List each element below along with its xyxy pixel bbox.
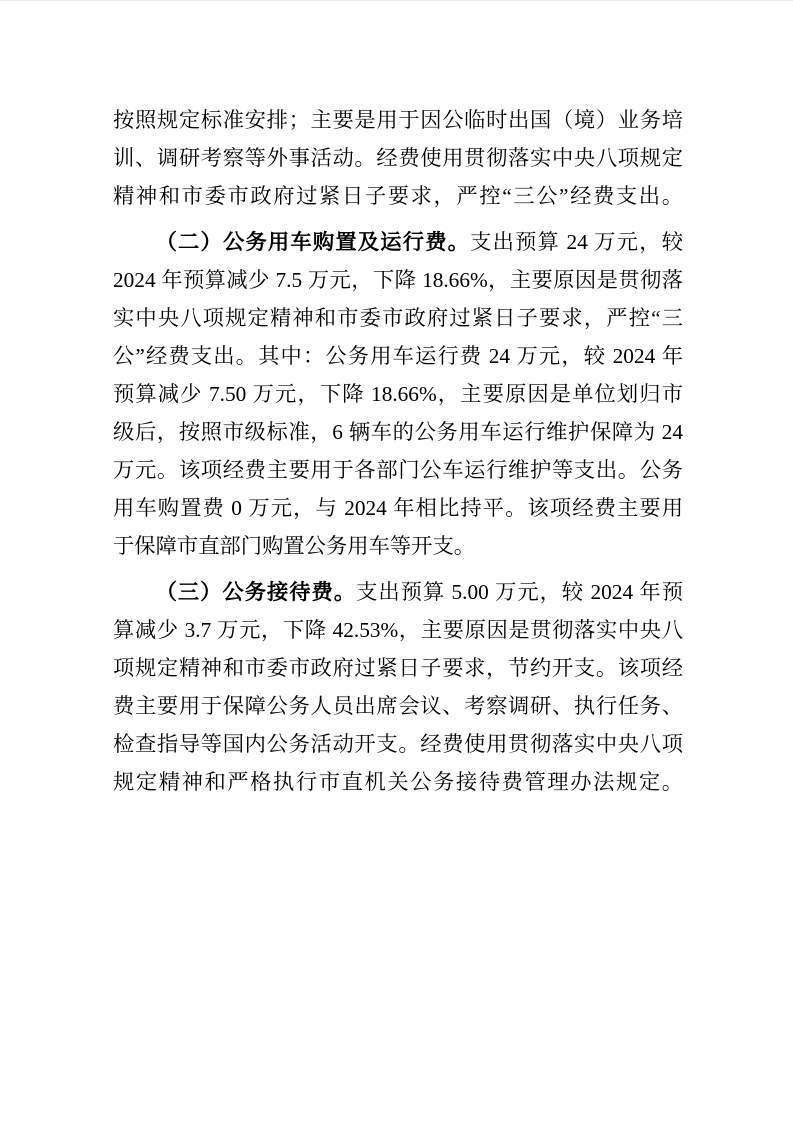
text-line: 万元。该项经费主要用于各部门公车运行维护等支出。公务 bbox=[113, 451, 683, 489]
section-heading: （三）公务接待费。 bbox=[156, 580, 357, 604]
line-text: 万元。该项经费主要用于各部门公车运行维护等支出。公务 bbox=[113, 458, 683, 482]
line-text: 预算减少 7.50 万元，下降 18.66%，主要原因是单位划归市 bbox=[113, 382, 683, 406]
text-line: 用车购置费 0 万元，与 2024 年相比持平。该项经费主要用 bbox=[113, 489, 683, 527]
line-text: 级后，按照市级标准，6 辆车的公务用车运行维护保障为 24 bbox=[113, 420, 683, 444]
paragraph: （二）公务用车购置及运行费。支出预算 24 万元，较2024 年预算减少 7.5… bbox=[113, 223, 683, 565]
text-line: 算减少 3.7 万元，下降 42.53%，主要原因是贯彻落实中央八 bbox=[113, 611, 683, 649]
text-line: 规定精神和严格执行市直机关公务接待费管理办法规定。 bbox=[113, 763, 683, 801]
text-line: 公”经费支出。其中：公务用车运行费 24 万元，较 2024 年 bbox=[113, 337, 683, 375]
line-text: 算减少 3.7 万元，下降 42.53%，主要原因是贯彻落实中央八 bbox=[113, 618, 683, 642]
line-text: 2024 年预算减少 7.5 万元，下降 18.66%，主要原因是贯彻落 bbox=[113, 268, 683, 292]
section-heading: （二）公务用车购置及运行费。 bbox=[156, 230, 471, 254]
text-line: 实中央八项规定精神和市委市政府过紧日子要求，严控“三 bbox=[113, 299, 683, 337]
line-text: 于保障市直部门购置公务用车等开支。 bbox=[113, 534, 475, 558]
text-line: （二）公务用车购置及运行费。支出预算 24 万元，较 bbox=[113, 223, 683, 261]
text-line: 费主要用于保障公务人员出席会议、考察调研、执行任务、 bbox=[113, 687, 683, 725]
text-line: 精神和市委市政府过紧日子要求，严控“三公”经费支出。 bbox=[113, 177, 683, 215]
line-text: 支出预算 24 万元，较 bbox=[470, 230, 683, 254]
line-text: 检查指导等国内公务活动开支。经费使用贯彻落实中央八项 bbox=[113, 732, 683, 756]
line-text: 规定精神和严格执行市直机关公务接待费管理办法规定。 bbox=[113, 770, 683, 794]
text-line: 级后，按照市级标准，6 辆车的公务用车运行维护保障为 24 bbox=[113, 413, 683, 451]
line-text: 精神和市委市政府过紧日子要求，严控“三公”经费支出。 bbox=[113, 184, 683, 208]
line-text: 用车购置费 0 万元，与 2024 年相比持平。该项经费主要用 bbox=[113, 496, 683, 520]
line-text: 费主要用于保障公务人员出席会议、考察调研、执行任务、 bbox=[113, 694, 683, 718]
line-text: 实中央八项规定精神和市委市政府过紧日子要求，严控“三 bbox=[113, 306, 683, 330]
text-line: 2024 年预算减少 7.5 万元，下降 18.66%，主要原因是贯彻落 bbox=[113, 261, 683, 299]
paragraph: 按照规定标准安排；主要是用于因公临时出国（境）业务培训、调研考察等外事活动。经费… bbox=[113, 101, 683, 215]
line-text: 训、调研考察等外事活动。经费使用贯彻落实中央八项规定 bbox=[113, 146, 683, 170]
text-line: 按照规定标准安排；主要是用于因公临时出国（境）业务培 bbox=[113, 101, 683, 139]
text-line: 检查指导等国内公务活动开支。经费使用贯彻落实中央八项 bbox=[113, 725, 683, 763]
paragraph: （三）公务接待费。支出预算 5.00 万元，较 2024 年预算减少 3.7 万… bbox=[113, 573, 683, 801]
text-line: 预算减少 7.50 万元，下降 18.66%，主要原因是单位划归市 bbox=[113, 375, 683, 413]
line-text: 项规定精神和市委市政府过紧日子要求，节约开支。该项经 bbox=[113, 656, 683, 680]
line-text: 公”经费支出。其中：公务用车运行费 24 万元，较 2024 年 bbox=[113, 344, 683, 368]
document-page: 按照规定标准安排；主要是用于因公临时出国（境）业务培训、调研考察等外事活动。经费… bbox=[0, 1, 793, 1122]
line-text: 支出预算 5.00 万元，较 2024 年预 bbox=[356, 580, 683, 604]
line-text: 按照规定标准安排；主要是用于因公临时出国（境）业务培 bbox=[113, 108, 683, 132]
text-line: 于保障市直部门购置公务用车等开支。 bbox=[113, 527, 683, 565]
text-line: （三）公务接待费。支出预算 5.00 万元，较 2024 年预 bbox=[113, 573, 683, 611]
text-line: 项规定精神和市委市政府过紧日子要求，节约开支。该项经 bbox=[113, 649, 683, 687]
text-line: 训、调研考察等外事活动。经费使用贯彻落实中央八项规定 bbox=[113, 139, 683, 177]
